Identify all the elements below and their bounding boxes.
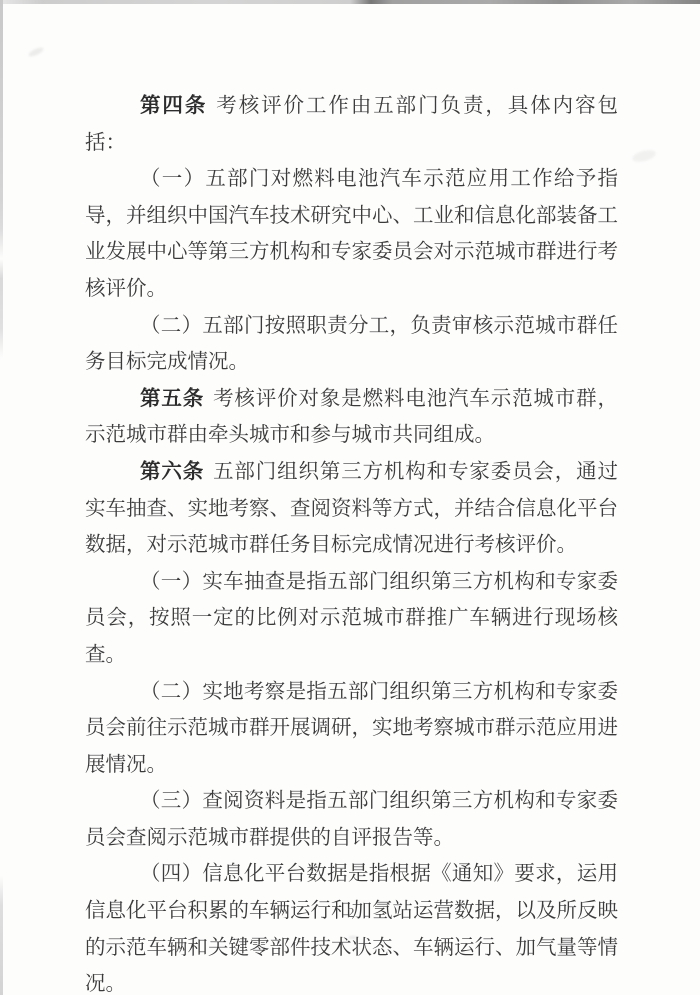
paragraph: （一）实车抽查是指五部门组织第三方机构和专家委员会，按照一定的比例对示范城市群推… — [85, 564, 618, 674]
article-heading: 第五条 — [140, 388, 204, 410]
paragraph-text: （四）信息化平台数据是指根据《通知》要求，运用信息化平台积累的车辆运行和加氢站运… — [85, 863, 618, 995]
paragraph-text: （一）五部门对燃料电池汽车示范应用工作给予指导，并组织中国汽车技术研究中心、工业… — [85, 168, 618, 300]
page-number: 2 — [85, 906, 618, 922]
paragraph-text: （一）实车抽查是指五部门组织第三方机构和专家委员会，按照一定的比例对示范城市群推… — [85, 571, 618, 666]
paragraph: （三）查阅资料是指五部门组织第三方机构和专家委员会查阅示范城市群提供的自评报告等… — [85, 783, 618, 856]
article-heading: 第六条 — [140, 461, 204, 483]
scan-smudge — [631, 148, 657, 164]
document-body: 第四条考核评价工作由五部门负责，具体内容包括：（一）五部门对燃料电池汽车示范应用… — [85, 88, 618, 995]
paragraph: 第五条考核评价对象是燃料电池汽车示范城市群，示范城市群由牵头城市和参与城市共同组… — [85, 381, 618, 454]
scan-artifact-left-edge — [0, 0, 3, 995]
scan-smudge — [27, 46, 44, 58]
article-heading: 第四条 — [140, 95, 207, 117]
paragraph: （二）五部门按照职责分工，负责审核示范城市群任务目标完成情况。 — [85, 308, 618, 381]
paragraph-text: （二）实地考察是指五部门组织第三方机构和专家委员会前往示范城市群开展调研，实地考… — [85, 681, 618, 776]
document-page: 第四条考核评价工作由五部门负责，具体内容包括：（一）五部门对燃料电池汽车示范应用… — [0, 0, 700, 995]
paragraph: 第四条考核评价工作由五部门负责，具体内容包括： — [85, 88, 618, 161]
paragraph: （一）五部门对燃料电池汽车示范应用工作给予指导，并组织中国汽车技术研究中心、工业… — [85, 161, 618, 307]
paragraph: （二）实地考察是指五部门组织第三方机构和专家委员会前往示范城市群开展调研，实地考… — [85, 674, 618, 784]
paragraph-text: （二）五部门按照职责分工，负责审核示范城市群任务目标完成情况。 — [85, 315, 618, 374]
scan-artifact-top-edge — [0, 0, 700, 4]
paragraph: （四）信息化平台数据是指根据《通知》要求，运用信息化平台积累的车辆运行和加氢站运… — [85, 856, 618, 995]
paragraph-text: （三）查阅资料是指五部门组织第三方机构和专家委员会查阅示范城市群提供的自评报告等… — [85, 790, 618, 849]
paragraph: 第六条五部门组织第三方机构和专家委员会，通过实车抽查、实地考察、查阅资料等方式，… — [85, 454, 618, 564]
